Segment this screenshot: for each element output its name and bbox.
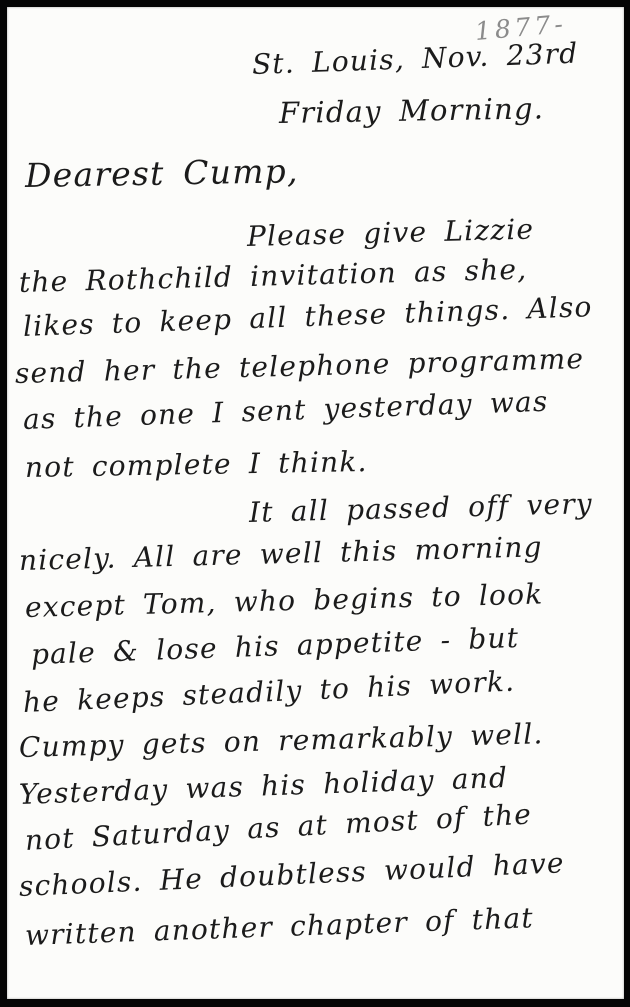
letter-page: 1877- St. Louis, Nov. 23rd Friday Mornin… <box>7 7 624 999</box>
handwritten-line: schools. He doubtless would have <box>18 849 565 901</box>
letter-scan: 1877- St. Louis, Nov. 23rd Friday Mornin… <box>0 0 630 1007</box>
handwritten-line: he keeps steadily to his work. <box>22 668 515 717</box>
handwritten-line: written another chapter of that <box>25 904 535 950</box>
handwritten-line: the Rothchild invitation as she, <box>19 256 528 297</box>
handwritten-line: Cumpy gets on remarkably well. <box>19 720 544 762</box>
handwritten-line: pale & lose his appetite - but <box>31 624 520 669</box>
handwritten-line: It all passed off very <box>249 490 594 527</box>
dateline-day: Friday Morning. <box>279 94 545 128</box>
handwritten-line: except Tom, who begins to look <box>25 580 544 622</box>
handwritten-line: not complete I think. <box>25 448 368 482</box>
handwritten-line: Please give Lizzie <box>247 215 535 251</box>
handwritten-line: send her the telephone programme <box>15 345 585 388</box>
salutation: Dearest Cump, <box>25 154 299 192</box>
handwritten-line: as the one I sent yesterday was <box>23 388 549 434</box>
dateline: St. Louis, Nov. 23rd <box>252 40 579 79</box>
handwritten-line: likes to keep all these things. Also <box>23 293 593 341</box>
handwritten-line: not Saturday as at most of the <box>24 800 532 855</box>
handwritten-line: nicely. All are well this morning <box>19 533 543 575</box>
